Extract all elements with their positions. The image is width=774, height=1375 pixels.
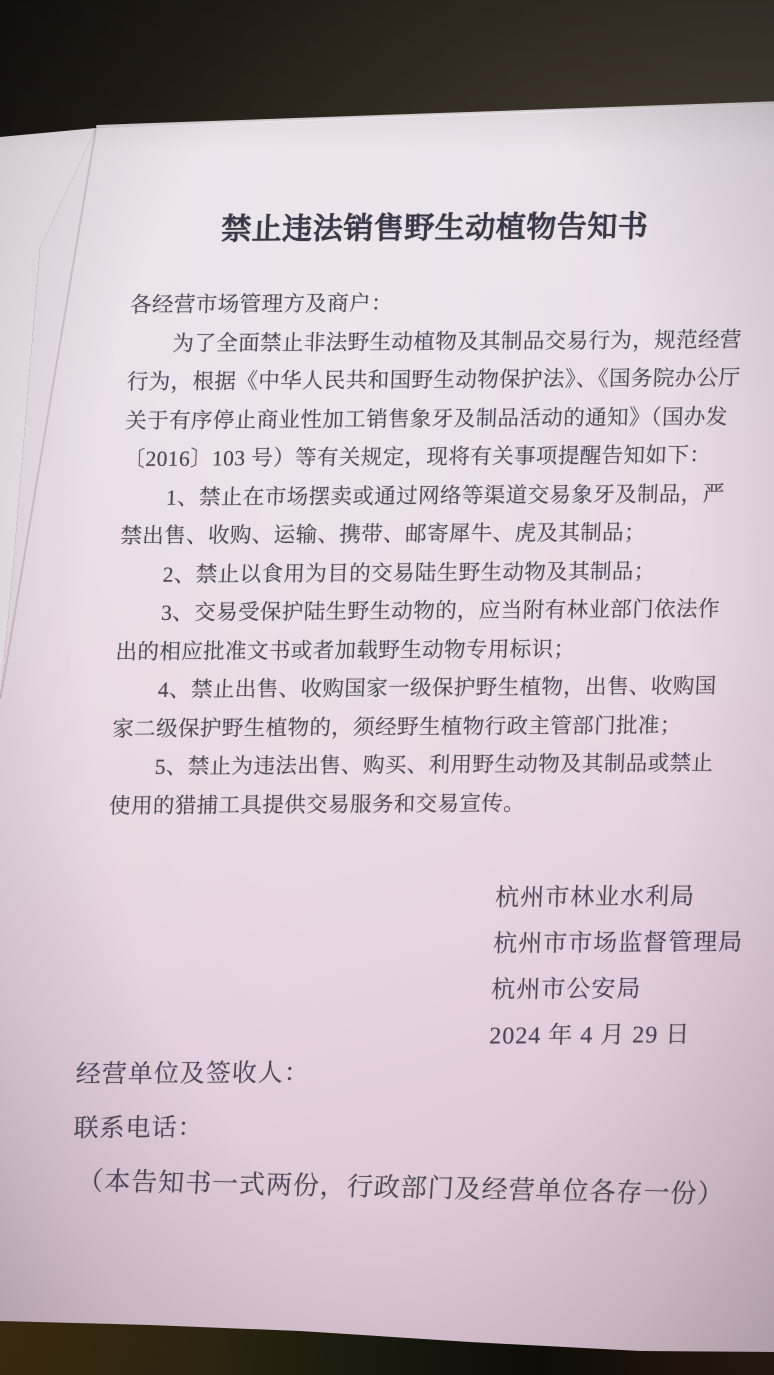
salutation-line: 各经营市场管理方及商户： [129,282,744,325]
body-line: 关于有序停止商业性加工销售象牙及制品活动的通知》（国办发 [124,397,739,440]
body-line-item-1: 1、禁止在市场摆卖或通过网络等渠道交易象牙及制品，严 [121,474,736,517]
document-title: 禁止违法销售野生动植物告知书 [220,201,649,248]
issuer-public-security-bureau: 杭州市公安局 [490,966,742,1014]
issuer-market-regulation-bureau: 杭州市市场监督管理局 [492,920,744,968]
issuer-forestry-bureau: 杭州市林业水利局 [494,874,746,922]
body-line-item-4: 4、禁止出售、收购国家一级保护野生植物，出售、收购国 [113,667,728,710]
phone-label: 联系电话： [72,1101,308,1157]
body-line: 〔2016〕103 号）等有关规定，现将有关事项提醒告知如下： [123,436,738,479]
copies-note: （本告知书一式两份，行政部门及经营单位各存一份） [76,1160,726,1211]
recipient-signature-area: 经营单位及签收人： 联系电话： [72,1047,311,1157]
notice-content: 禁止违法销售野生动植物告知书 各经营市场管理方及商户： 为了全面禁止非法野生动植… [0,0,774,1375]
body-line-item-5: 5、禁止为违法出售、购买、利用野生动物及其制品或禁止 [110,744,725,787]
body-line-item-3: 3、交易受保护陆生野生动物的，应当附有林业部门依法作 [116,590,731,633]
notice-body: 各经营市场管理方及商户： 为了全面禁止非法野生动植物及其制品交易行为，规范经营 … [108,282,744,825]
body-line: 出的相应批准文书或者加载野生动物专用标识； [115,628,730,671]
body-line: 使用的猎捕工具提供交易服务和交易宣传。 [108,782,723,825]
issuer-signature-block: 杭州市林业水利局 杭州市市场监督管理局 杭州市公安局 2024 年 4 月 29… [488,874,746,1060]
body-line-item-2: 2、禁止以食用为目的交易陆生野生动物及其制品； [118,551,733,594]
body-line: 为了全面禁止非法野生动植物及其制品交易行为，规范经营 [128,320,743,363]
issue-date: 2024 年 4 月 29 日 [488,1012,740,1060]
body-line: 禁出售、收购、运输、携带、邮寄犀牛、虎及其制品； [120,513,735,556]
photo-of-notice-document: 禁止违法销售野生动植物告知书 各经营市场管理方及商户： 为了全面禁止非法野生动植… [0,0,774,1375]
body-line: 行为，根据《中华人民共和国野生动物保护法》、《国务院办公厅 [126,359,741,402]
signee-label: 经营单位及签收人： [75,1047,311,1103]
body-line: 家二级保护野生植物的，须经野生植物行政主管部门批准； [112,705,727,748]
